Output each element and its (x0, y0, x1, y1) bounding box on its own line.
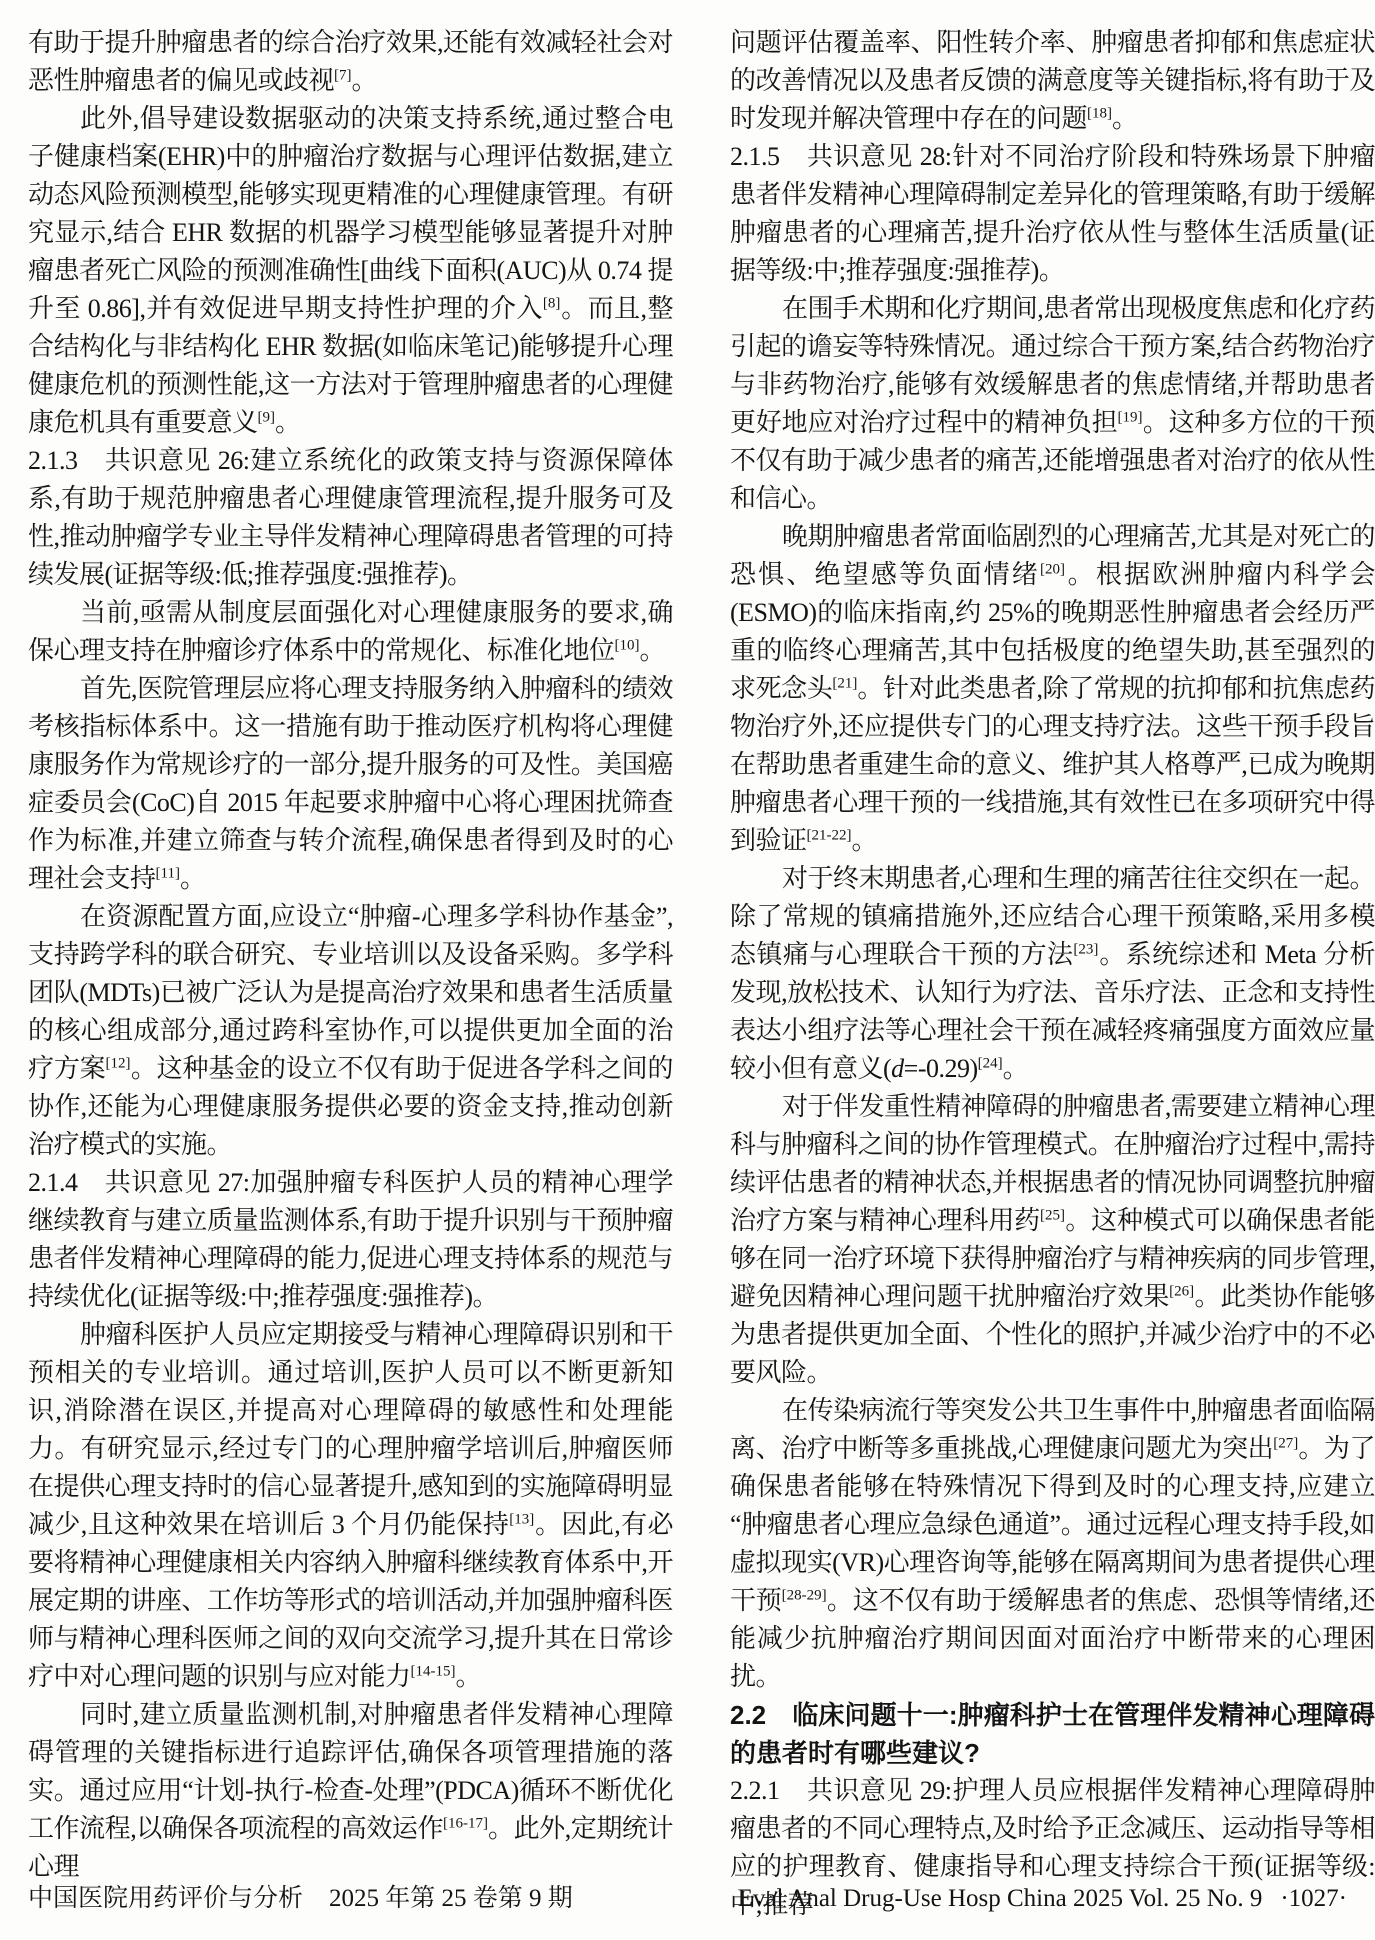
citation-ref: [11] (156, 865, 180, 881)
paragraph: 同时,建立质量监测机制,对肿瘤患者伴发精神心理障碍管理的关键指标进行追踪评估,确… (28, 1696, 673, 1886)
paragraph-continued: 问题评估覆盖率、阳性转介率、肿瘤患者抑郁和焦虑症状的改善情况以及患者反馈的满意度… (730, 24, 1375, 138)
citation-ref: [26] (1169, 1283, 1194, 1299)
paragraph: 在围手术期和化疗期间,患者常出现极度焦虑和化疗药引起的谵妄等特殊情况。通过综合干… (730, 290, 1375, 518)
left-column: 有助于提升肿瘤患者的综合治疗效果,还能有效减轻社会对恶性肿瘤患者的偏见或歧视[7… (28, 24, 673, 1886)
citation-ref: [25] (1040, 1207, 1065, 1223)
citation-ref: [28-29] (782, 1587, 827, 1603)
journal-article-page: 有助于提升肿瘤患者的综合治疗效果,还能有效减轻社会对恶性肿瘤患者的偏见或歧视[7… (0, 0, 1375, 1940)
clinical-question-heading: 2.2 临床问题十一:肿瘤科护士在管理伴发精神心理障碍的患者时有哪些建议? (730, 1696, 1375, 1772)
paragraph-continued: 有助于提升肿瘤患者的综合治疗效果,还能有效减轻社会对恶性肿瘤患者的偏见或歧视[7… (28, 24, 673, 100)
page-footer: 中国医院用药评价与分析 2025 年第 25 卷第 9 期 Eval Anal … (28, 1878, 1347, 1914)
citation-ref: [27] (1273, 1435, 1298, 1451)
citation-ref: [20] (1040, 561, 1065, 577)
citation-ref: [7] (334, 67, 352, 83)
citation-ref: [21-22] (807, 827, 852, 843)
footer-journal-en: Eval Anal Drug-Use Hosp China 2025 Vol. … (738, 1885, 1347, 1913)
right-column: 问题评估覆盖率、阳性转介率、肿瘤患者抑郁和焦虑症状的改善情况以及患者反馈的满意度… (730, 24, 1375, 1924)
citation-ref: [21] (832, 675, 857, 691)
paragraph: 首先,医院管理层应将心理支持服务纳入肿瘤科的绩效考核指标体系中。这一措施有助于推… (28, 670, 673, 898)
citation-ref: [8] (543, 295, 561, 311)
paragraph: 晚期肿瘤患者常面临剧烈的心理痛苦,尤其是对死亡的恐惧、绝望感等负面情绪[20]。… (730, 518, 1375, 860)
citation-ref: [14-15] (411, 1663, 456, 1679)
citation-ref: [19] (1117, 409, 1142, 425)
paragraph: 肿瘤科医护人员应定期接受与精神心理障碍识别和干预相关的专业培训。通过培训,医护人… (28, 1316, 673, 1696)
citation-ref: [18] (1087, 105, 1112, 121)
paragraph: 对于终末期患者,心理和生理的痛苦往往交织在一起。除了常规的镇痛措施外,还应结合心… (730, 860, 1375, 1088)
paragraph: 在资源配置方面,应设立“肿瘤-心理多学科协作基金”,支持跨学科的联合研究、专业培… (28, 898, 673, 1164)
citation-ref: [12] (106, 1055, 131, 1071)
citation-ref: [23] (1073, 941, 1098, 957)
footer-journal-cn: 中国医院用药评价与分析 2025 年第 25 卷第 9 期 (28, 1878, 573, 1914)
footer-issue-cn: 2025 年第 25 卷第 9 期 (329, 1878, 573, 1914)
paragraph: 对于伴发重性精神障碍的肿瘤患者,需要建立精神心理科与肿瘤科之间的协作管理模式。在… (730, 1088, 1375, 1392)
citation-ref: [16-17] (443, 1815, 488, 1831)
paragraph: 当前,亟需从制度层面强化对心理健康服务的要求,确保心理支持在肿瘤诊疗体系中的常规… (28, 594, 673, 670)
section-heading: 2.1.4 共识意见 27:加强肿瘤专科医护人员的精神心理学继续教育与建立质量监… (28, 1164, 673, 1316)
citation-ref: [24] (978, 1055, 1003, 1071)
citation-ref: [9] (258, 409, 276, 425)
paragraph: 此外,倡导建设数据驱动的决策支持系统,通过整合电子健康档案(EHR)中的肿瘤治疗… (28, 100, 673, 442)
section-heading: 2.1.3 共识意见 26:建立系统化的政策支持与资源保障体系,有助于规范肿瘤患… (28, 442, 673, 594)
footer-journal-title-en: Eval Anal Drug-Use Hosp China 2025 Vol. … (738, 1885, 1263, 1913)
citation-ref: [10] (615, 637, 640, 653)
section-heading: 2.1.5 共识意见 28:针对不同治疗阶段和特殊场景下肿瘤患者伴发精神心理障碍… (730, 138, 1375, 290)
citation-ref: [13] (509, 1511, 534, 1527)
footer-journal-title-cn: 中国医院用药评价与分析 (28, 1878, 303, 1914)
paragraph: 在传染病流行等突发公共卫生事件中,肿瘤患者面临隔离、治疗中断等多重挑战,心理健康… (730, 1392, 1375, 1696)
footer-page-number: ·1027· (1280, 1885, 1347, 1913)
italic-variable: d (891, 1054, 904, 1083)
